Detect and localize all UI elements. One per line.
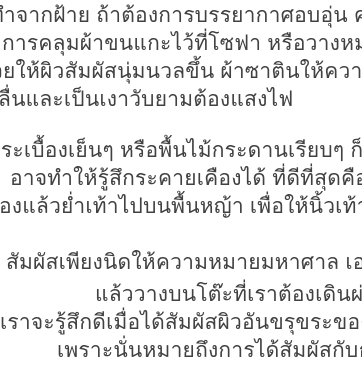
- text-line: เราจะรู้สึกดีเมื่อได้สัมผัสผิวอันขรุขระข…: [0, 309, 362, 337]
- text-line: กระเบื้องเย็นๆ หรือพื้นไม้กระดานเรียบๆ ก…: [0, 137, 362, 165]
- text-line: วยให้ผิวสัมผัสนุ่มนวลขึ้น ผ้าซาตินให้ควา…: [0, 58, 362, 86]
- text-line: แล้ววางบนโต๊ะที่เราต้องเดินผ่านไปมาบ่อยๆ: [95, 281, 362, 309]
- text-line: เพราะนั่นหมายถึงการได้สัมผัสกับธรรมชาติท…: [57, 337, 362, 365]
- text-line: อาจทำให้รู้สึกระคายเคืองได้ ที่ดีที่สุดค…: [10, 165, 362, 193]
- text-line: ทำจากฝ้าย ถ้าต้องการบรรยากาศอบอุ่น ความม…: [0, 2, 362, 30]
- text-line: การคลุมผ้าขนแกะไว้ที่โซฟา หรือวางหมอนกำม…: [2, 30, 362, 58]
- document-page: ทำจากฝ้าย ถ้าต้องการบรรยากาศอบอุ่น ความม…: [0, 0, 362, 383]
- text-line: สัมผัสเพียงนิดให้ความหมายมหาศาล เอาเปลือ…: [6, 249, 362, 277]
- text-line: ลื่นและเป็นเงาวับยามต้องแสงไฟ: [0, 86, 293, 114]
- text-line: องแล้วย่ำเท้าไปบนพื้นหญ้า เพื่อให้นิ้วเท…: [0, 193, 362, 221]
